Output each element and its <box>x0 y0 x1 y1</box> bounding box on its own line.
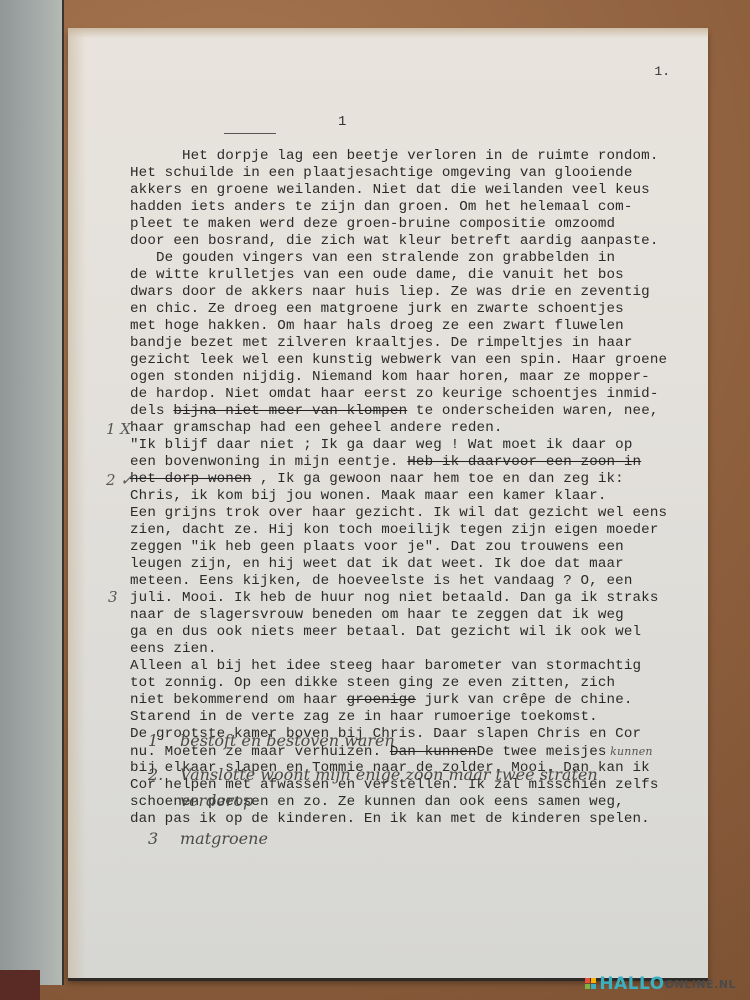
chapter-number: 1 <box>338 114 346 130</box>
note-number: 1 <box>148 731 180 750</box>
note-text: Vanslotte woont mijn enige zoon maar twe… <box>180 765 598 784</box>
note-number: 3 <box>148 829 180 848</box>
typed-line: tot zonnig. Op een dikke steen ging ze e… <box>130 675 710 692</box>
typed-line: gezicht leek wel een kunstig webwerk van… <box>130 352 710 369</box>
typed-line: dels bijna niet meer van klompen te onde… <box>130 403 710 420</box>
typed-line: met hoge hakken. Om haar hals droeg ze e… <box>130 318 710 335</box>
typed-line: Het schuilde in een plaatjesachtige omge… <box>130 165 710 182</box>
typed-line: pleet te maken werd deze groen-bruine co… <box>130 216 710 233</box>
typed-line: niet bekommerend om haar groenige jurk v… <box>130 692 710 709</box>
note-text: matgroene <box>180 829 268 848</box>
typed-line: Alleen al bij het idee steeg haar barome… <box>130 658 710 675</box>
note-text: bestoft en bestoven waren <box>180 731 395 750</box>
handwritten-corrections: 1bestoft en bestoven waren2.Vanslotte wo… <box>148 723 688 855</box>
watermark-brand: HALLO <box>599 974 664 994</box>
watermark-suffix: ONLINE.NL <box>665 978 736 991</box>
typed-line: de hardop. Niet omdat haar eerst zo keur… <box>130 386 710 403</box>
typed-line: een bovenwoning in mijn eentje. Heb ik d… <box>130 454 710 471</box>
typed-line: Een grijns trok over haar gezicht. Ik wi… <box>130 505 710 522</box>
typed-line: De gouden vingers van een stralende zon … <box>130 250 710 267</box>
typed-line: en chic. Ze droeg een matgroene jurk en … <box>130 301 710 318</box>
typed-line: "Ik blijf daar niet ; Ik ga daar weg ! W… <box>130 437 710 454</box>
typed-line: door een bosrand, die zich wat kleur bet… <box>130 233 710 250</box>
typed-line: bandje bezet met zilveren kraaltjes. De … <box>130 335 710 352</box>
typed-line: leugen zijn, en hij weet dat ik dat weet… <box>130 556 710 573</box>
margin-note-3: 3 <box>108 588 118 606</box>
note-number: 2. <box>148 765 180 784</box>
struck-text: Heb ik daarvoor een zoon in <box>407 454 641 470</box>
page-number: 1. <box>654 64 670 79</box>
typed-line: eens zien. <box>130 641 710 658</box>
struck-text: groenige <box>347 692 416 708</box>
handwritten-note: 2.Vanslotte woont mijn enige zoon maar t… <box>148 757 688 791</box>
typed-line: het dorp wonen , Ik ga gewoon naar hem t… <box>130 471 710 488</box>
typed-line: naar de slagersvrouw beneden om haar te … <box>130 607 710 624</box>
typed-line: zeggen "ik heb geen plaats voor je". Dat… <box>130 539 710 556</box>
typed-line: zien, dacht ze. Hij kon toch moeilijk te… <box>130 522 710 539</box>
typed-line: dwars door de akkers naar huis liep. Ze … <box>130 284 710 301</box>
typed-line: de witte krulletjes van een oude dame, d… <box>130 267 710 284</box>
typed-line: hadden iets anders te zijn dan groen. Om… <box>130 199 710 216</box>
note-continuation: verderop <box>148 791 688 821</box>
handwritten-note: 3matgroene <box>148 821 688 855</box>
margin-note-1: 1 X <box>106 420 131 438</box>
struck-text: het dorp wonen <box>130 471 251 487</box>
hallo-logo-icon <box>585 978 597 990</box>
struck-text: bijna niet meer van klompen <box>173 403 407 419</box>
page-gutter-shade <box>68 28 86 978</box>
watermark: HALLO ONLINE.NL <box>585 974 736 994</box>
margin-note-2: 2 ✓ <box>106 471 133 489</box>
document-page: 1. 1 Het dorpje lag een beetje verloren … <box>68 28 708 978</box>
chapter-rule <box>224 133 276 134</box>
book-binding <box>0 970 40 1000</box>
typed-line: meteen. Eens kijken, de hoeveelste is he… <box>130 573 710 590</box>
typed-line: haar gramschap had een geheel andere red… <box>130 420 710 437</box>
typed-line: Het dorpje lag een beetje verloren in de… <box>130 148 710 165</box>
typed-line: juli. Mooi. Ik heb de huur nog niet beta… <box>130 590 710 607</box>
book-cover-edge <box>0 0 64 985</box>
handwritten-note: 1bestoft en bestoven waren <box>148 723 688 757</box>
typed-line: ga en dus ook niets meer betaal. Dat gez… <box>130 624 710 641</box>
typed-line: ogen stonden nijdig. Niemand kom haar ho… <box>130 369 710 386</box>
typed-line: akkers en groene weilanden. Niet dat die… <box>130 182 710 199</box>
typed-line: Chris, ik kom bij jou wonen. Maak maar e… <box>130 488 710 505</box>
